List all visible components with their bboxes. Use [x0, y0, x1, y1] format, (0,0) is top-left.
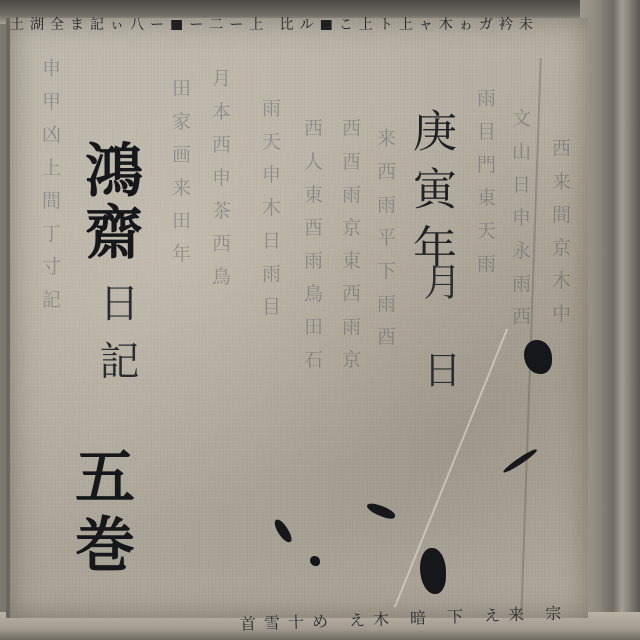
diary-label: 日記: [96, 282, 136, 398]
show-through-column: 雨 天 申 木 日 雨 目: [260, 98, 279, 319]
ink-stain: [502, 447, 538, 475]
show-through-column: 西 酉 雨 京 東 西 雨 京: [340, 118, 359, 372]
volume-number: 五巻: [70, 445, 130, 581]
ink-stain: [365, 501, 397, 521]
show-through-column: 田 家 画 来 田 年: [170, 78, 189, 266]
diary-author-name: 鴻齋: [80, 140, 138, 264]
ink-stain: [272, 517, 294, 545]
era-year: 庚寅年: [408, 108, 452, 282]
show-through-column: 月 本 西 申 茶 西 鳥: [210, 68, 229, 289]
ink-stain: [420, 548, 446, 594]
ink-stain: [524, 340, 552, 374]
show-through-column: 西 人 東 酉 雨 鳥 田 石: [302, 118, 321, 372]
show-through-column: 来 西 雨 平 下 雨 酉: [375, 128, 394, 349]
show-through-column: 文 山 日 申 永 雨 西: [510, 108, 529, 329]
show-through-column: 西 来 間 京 木 中: [550, 138, 569, 326]
ink-stain: [310, 556, 320, 566]
show-through-column: 申 甲 凶 上 間 丁 寸 記: [40, 58, 59, 312]
show-through-column: 雨 目 門 東 天 雨: [475, 88, 494, 276]
top-edge-text: 土湖全ま記ぃ八ー■ー二ー上 比ル■こ上ト上ャ木ゎガ衿未: [10, 14, 580, 30]
month-day: 月日: [420, 262, 458, 438]
book-page-edges: [580, 0, 640, 640]
manuscript-photo: 申 甲 凶 上 間 丁 寸 記 田 家 画 来 田 年 月 本 西 申 茶 西 …: [0, 0, 640, 640]
